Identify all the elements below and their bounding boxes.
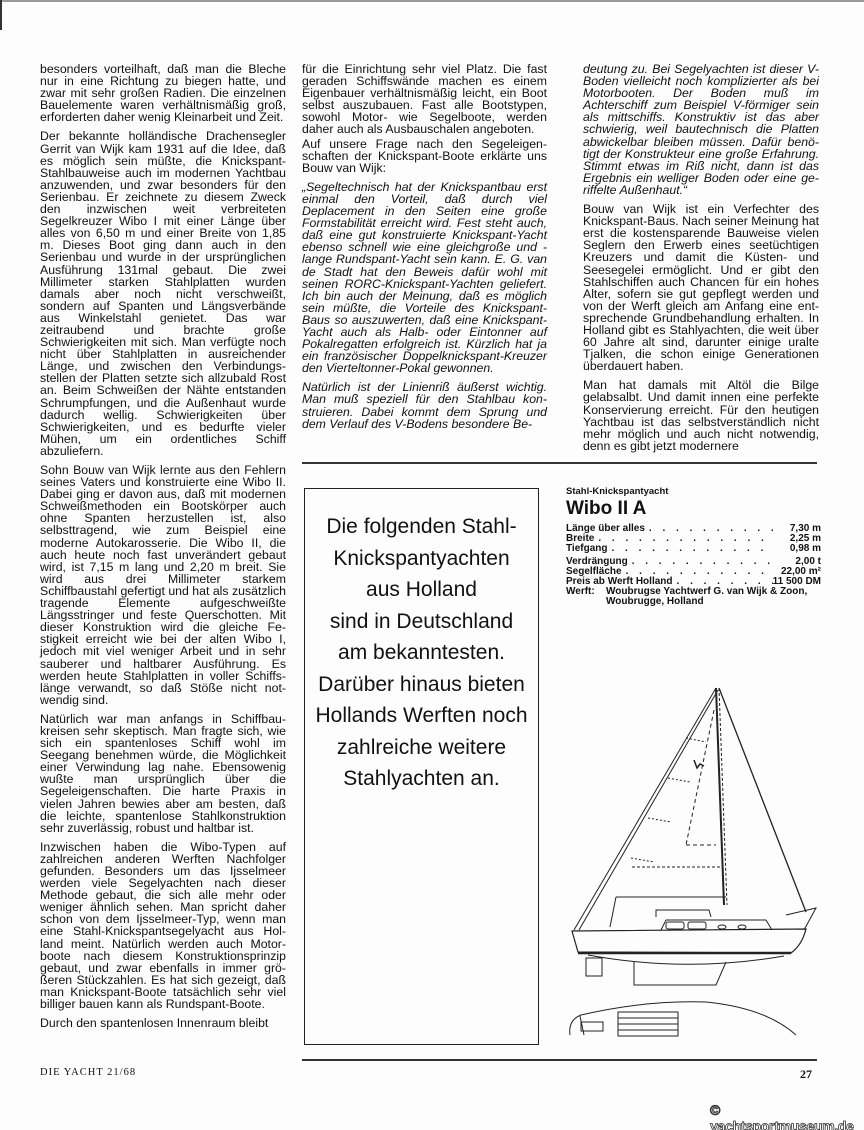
callout-line: zahlreiche weitere: [337, 732, 506, 764]
paragraph: Bouw van Wijk ist ein Verfechter des Kni…: [583, 203, 819, 372]
paragraph: Durch den spantenlosen Innenraum bleibt: [40, 1017, 286, 1029]
paragraph: Der bekannte holländische Drachensegler …: [40, 130, 286, 457]
paragraph: Sohn Bouw van Wijk lernte aus den Feh­le…: [40, 464, 286, 706]
paragraph: für die Einrichtung sehr viel Platz. Die…: [302, 63, 547, 136]
paragraph: besonders vorteilhaft, daß man die Blech…: [40, 63, 286, 123]
spec-label: Tiefgang: [566, 544, 607, 554]
callout-line: Die folgenden Stahl-: [326, 511, 516, 543]
paragraph: Inzwischen haben die Wibo-Typen auf zahl…: [40, 841, 286, 1010]
spec-kicker: Stahl-Knickspantyacht: [566, 486, 821, 498]
callout-line: Stahlyachten an.: [343, 763, 499, 795]
spec-title: Wibo II A: [566, 498, 821, 520]
spec-row: Tiefgang . . . . . . . . . . . . . . . .…: [566, 544, 821, 554]
article-column-1: besonders vorteilhaft, daß man die Blech…: [40, 63, 286, 1036]
paragraph: Man hat damals mit Altöl die Bilge gelab…: [583, 379, 819, 452]
spec-sheet: Stahl-Knickspantyacht Wibo II A Länge üb…: [566, 486, 821, 607]
callout-line: sind in Deutschland: [330, 606, 513, 638]
spec-leader: . . . . . . . . . . . . . . . . . . . . …: [594, 534, 773, 544]
quote-paragraph: deutung zu. Bei Segelyachten ist dieser …: [583, 63, 819, 196]
spec-row: Länge über alles . . . . . . . . . . . .…: [566, 524, 821, 534]
section-divider: [302, 462, 817, 464]
spec-label: Werft:: [566, 587, 606, 607]
callout-line: Darüber hinaus bieten: [318, 669, 525, 701]
quote-paragraph: Natürlich ist der Linienriß äußerst wich…: [302, 381, 547, 429]
paragraph: Natürlich war man anfangs in Schiffbau­k…: [40, 713, 286, 834]
publication-footer: DIE YACHT 21/68: [40, 1067, 136, 1078]
scan-top-edge: [0, 0, 864, 2]
spec-shipyard: Werft: Woubrugse Yachtwerf G. van Wijk &…: [566, 587, 821, 607]
shipyard-location: Woubrugge, Holland: [606, 597, 807, 607]
scan-left-mark: [0, 0, 2, 30]
spec-value: 0,98 m: [773, 544, 821, 554]
article-column-2: für die Einrichtung sehr viel Platz. Die…: [302, 63, 547, 437]
callout-line: am bekanntesten.: [338, 637, 505, 669]
callout-line: Knickspantyachten: [333, 543, 509, 575]
callout-line: Hollands Werften noch: [315, 700, 527, 732]
article-column-3: deutung zu. Bei Segelyachten ist dieser …: [583, 63, 819, 459]
spec-leader: . . . . . . . . . . . . . . . . . . . . …: [645, 524, 773, 534]
paragraph: Auf unsere Frage nach den Segeleigen­sch…: [302, 138, 547, 174]
callout-line: aus Holland: [366, 574, 477, 606]
bottom-divider: [302, 1059, 817, 1061]
callout-box: Die folgenden Stahl- Knickspantyachten a…: [304, 488, 539, 1045]
watermark: © yachtsportmuseum.de: [710, 1102, 864, 1130]
sailplan-drawing-icon: [566, 640, 826, 1045]
page-number: 27: [800, 1067, 812, 1082]
spec-leader: . . . . . . . . . . . . . . . . . . . . …: [607, 544, 773, 554]
spec-leader: . . . . . . . . . . . . . . . . . . . . …: [628, 557, 773, 567]
quote-paragraph: „Segeltechnisch hat der Knickspantbau er…: [302, 181, 547, 375]
